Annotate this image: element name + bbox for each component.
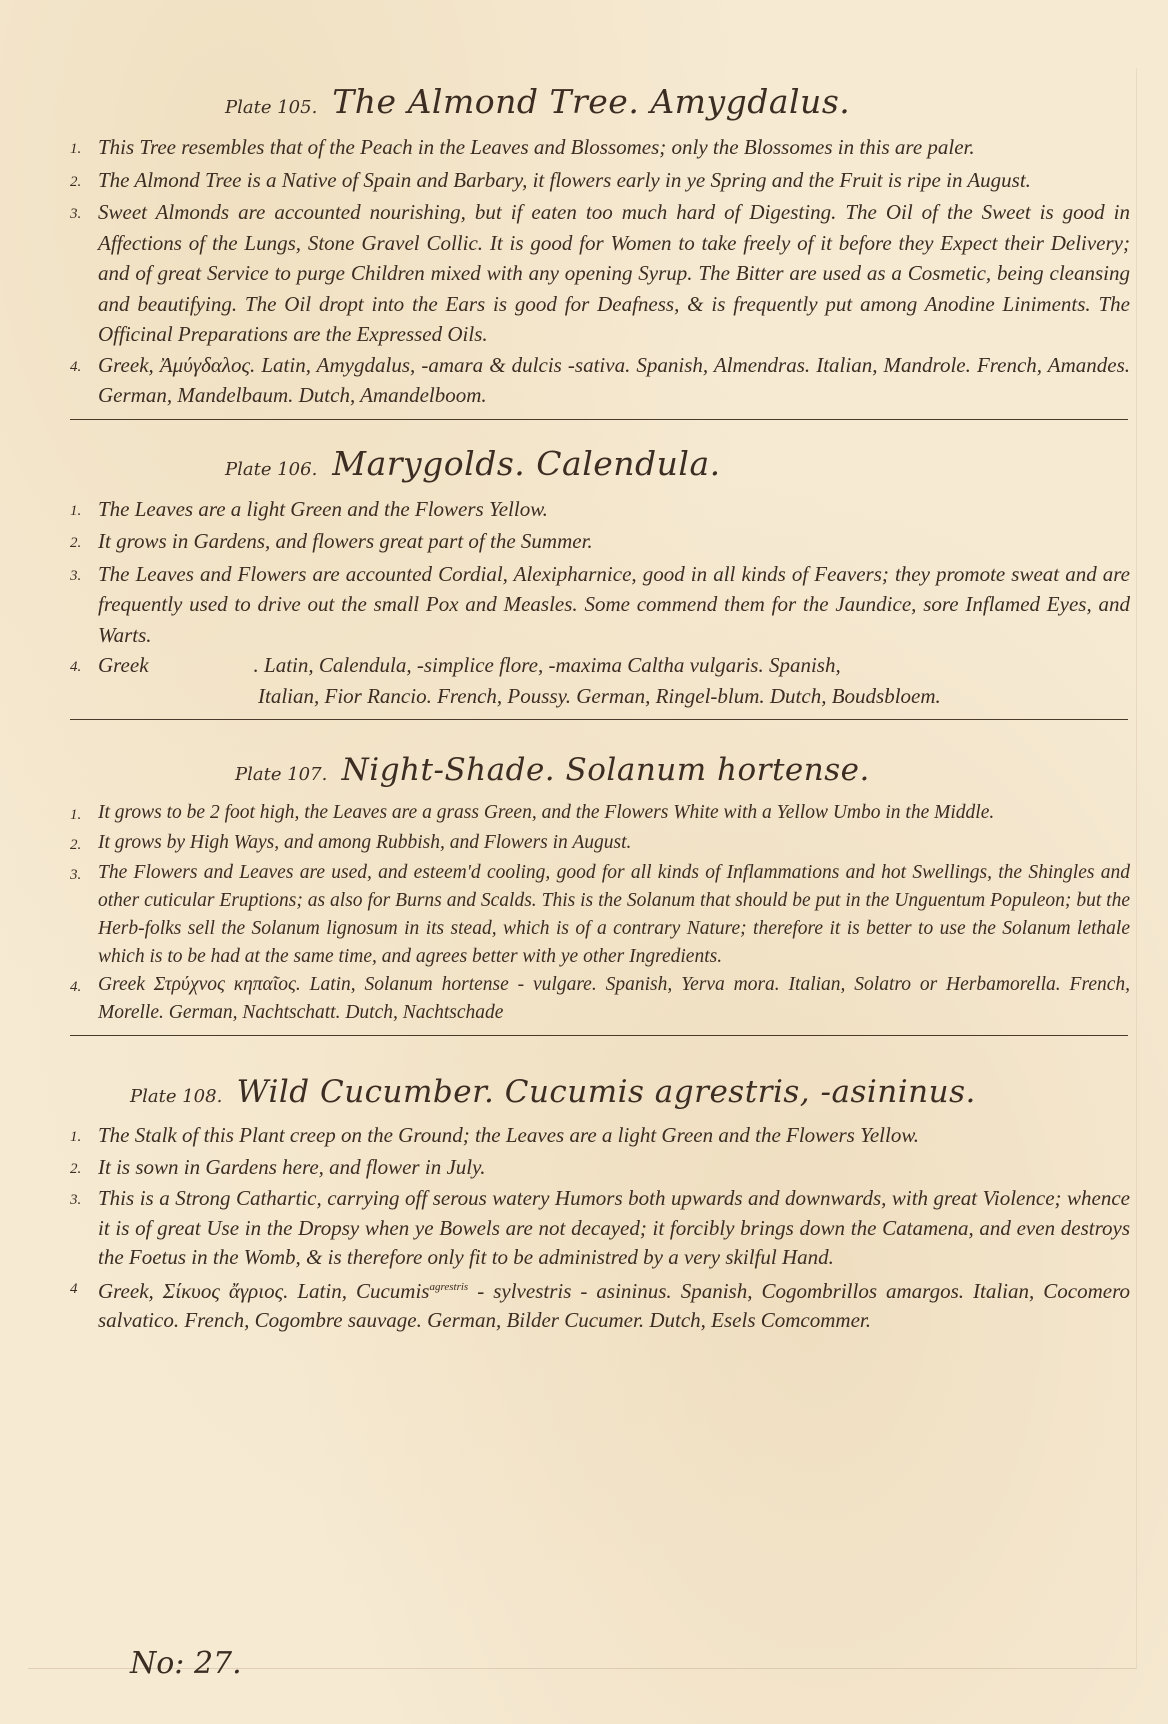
list-item: 2. It is sown in Gardens here, and flowe…: [70, 1153, 1130, 1185]
item-number: 4.: [70, 971, 98, 1027]
item-text: It grows to be 2 foot high, the Leaves a…: [98, 799, 1130, 829]
item-text: The Leaves are a light Green and the Flo…: [98, 494, 1130, 527]
list-item-names: 4. Greek Στρύχνος κηπαῖος. Latin, Solanu…: [70, 971, 1130, 1027]
item-number: 1.: [70, 132, 98, 165]
plate-label: Plate 105.: [225, 97, 317, 118]
list-item: 2. The Almond Tree is a Native of Spain …: [70, 165, 1130, 198]
section-divider: [70, 1035, 1128, 1036]
item-text-block: Greek . Latin, Calendula, -simplice flor…: [98, 650, 1130, 711]
list-item: 1. This Tree resembles that of the Peach…: [70, 132, 1130, 165]
item-text: It grows by High Ways, and among Rubbish…: [98, 829, 1130, 859]
item-text: The Almond Tree is a Native of Spain and…: [98, 165, 1130, 198]
herbal-page: Plate 105. The Almond Tree. Amygdalus. 1…: [70, 80, 1130, 1336]
plate-107-section: Plate 107. Night-Shade. Solanum hortense…: [70, 748, 1130, 1036]
item-number: 3.: [70, 1184, 98, 1273]
item-number: 1.: [70, 1121, 98, 1153]
item-text: The Leaves and Flowers are accounted Cor…: [98, 559, 1130, 651]
list-item: 2. It grows by High Ways, and among Rubb…: [70, 829, 1130, 859]
list-item: 3. The Flowers and Leaves are used, and …: [70, 859, 1130, 971]
item-text-block: Greek, Σίκυος ἄγριος. Latin, Cucumisagre…: [98, 1273, 1130, 1336]
item-text: Greek . Latin, Calendula, -simplice flor…: [98, 650, 1130, 681]
plate-107-title: Plate 107. Night-Shade. Solanum hortense…: [70, 748, 1130, 797]
item-text: Greek, Ἀμύγδαλος. Latin, Amygdalus, -ama…: [98, 350, 1130, 411]
item-number: 2.: [70, 829, 98, 859]
list-item: 1. It grows to be 2 foot high, the Leave…: [70, 799, 1130, 829]
plate-105-section: Plate 105. The Almond Tree. Amygdalus. 1…: [70, 80, 1130, 420]
item-text: The Flowers and Leaves are used, and est…: [98, 859, 1130, 971]
item-text: It is sown in Gardens here, and flower i…: [98, 1153, 1130, 1185]
item-number: 3.: [70, 859, 98, 971]
item-number: 2.: [70, 1153, 98, 1185]
superscript-variant: agrestris: [429, 1281, 468, 1293]
plate-label: Plate 107.: [235, 764, 327, 785]
plate-108-section: Plate 108. Wild Cucumber. Cucumis agrest…: [70, 1070, 1130, 1336]
item-text: This is a Strong Cathartic, carrying off…: [98, 1184, 1130, 1273]
item-number: 1.: [70, 799, 98, 829]
section-divider: [70, 419, 1128, 420]
plate-heading: The Almond Tree. Amygdalus.: [332, 82, 850, 121]
item-number: 3.: [70, 559, 98, 651]
plate-heading: Night-Shade. Solanum hortense.: [342, 752, 870, 788]
page-number: No: 27.: [130, 1646, 242, 1681]
item-number: 4.: [70, 650, 98, 711]
plate-106-title: Plate 106. Marygolds. Calendula.: [70, 442, 1130, 492]
plate-106-section: Plate 106. Marygolds. Calendula. 1. The …: [70, 442, 1130, 721]
item-number: 2.: [70, 526, 98, 559]
item-number: 2.: [70, 165, 98, 198]
list-item: 1. The Stalk of this Plant creep on the …: [70, 1121, 1130, 1153]
item-text: Greek Στρύχνος κηπαῖος. Latin, Solanum h…: [98, 971, 1130, 1027]
item-text: It grows in Gardens, and flowers great p…: [98, 526, 1130, 559]
plate-label: Plate 106.: [225, 459, 317, 480]
list-item-names: 4. Greek . Latin, Calendula, -simplice f…: [70, 650, 1130, 711]
section-divider: [70, 719, 1128, 720]
list-item: 1. The Leaves are a light Green and the …: [70, 494, 1130, 527]
plate-105-title: Plate 105. The Almond Tree. Amygdalus.: [70, 80, 1130, 130]
item-text: This Tree resembles that of the Peach in…: [98, 132, 1130, 165]
plate-label: Plate 108.: [130, 1086, 222, 1107]
item-number: 4.: [70, 350, 98, 411]
item-number: 4: [70, 1273, 98, 1336]
item-text: Greek, Σίκυος ἄγριος. Latin, Cucumis: [98, 1279, 429, 1303]
list-item: 2. It grows in Gardens, and flowers grea…: [70, 526, 1130, 559]
list-item: 3. Sweet Almonds are accounted nourishin…: [70, 197, 1130, 350]
list-item-names: 4. Greek, Ἀμύγδαλος. Latin, Amygdalus, -…: [70, 350, 1130, 411]
item-text-continued: Italian, Fior Rancio. French, Poussy. Ge…: [98, 681, 1130, 712]
plate-heading: Wild Cucumber. Cucumis agrestris, -asini…: [237, 1074, 976, 1110]
item-number: 1.: [70, 494, 98, 527]
list-item-names: 4 Greek, Σίκυος ἄγριος. Latin, Cucumisag…: [70, 1273, 1130, 1336]
item-text: The Stalk of this Plant creep on the Gro…: [98, 1121, 1130, 1153]
item-number: 3.: [70, 197, 98, 350]
item-text: Sweet Almonds are accounted nourishing, …: [98, 197, 1130, 350]
plate-heading: Marygolds. Calendula.: [332, 444, 720, 483]
list-item: 3. The Leaves and Flowers are accounted …: [70, 559, 1130, 651]
list-item: 3. This is a Strong Cathartic, carrying …: [70, 1184, 1130, 1273]
plate-108-title: Plate 108. Wild Cucumber. Cucumis agrest…: [70, 1070, 1130, 1119]
